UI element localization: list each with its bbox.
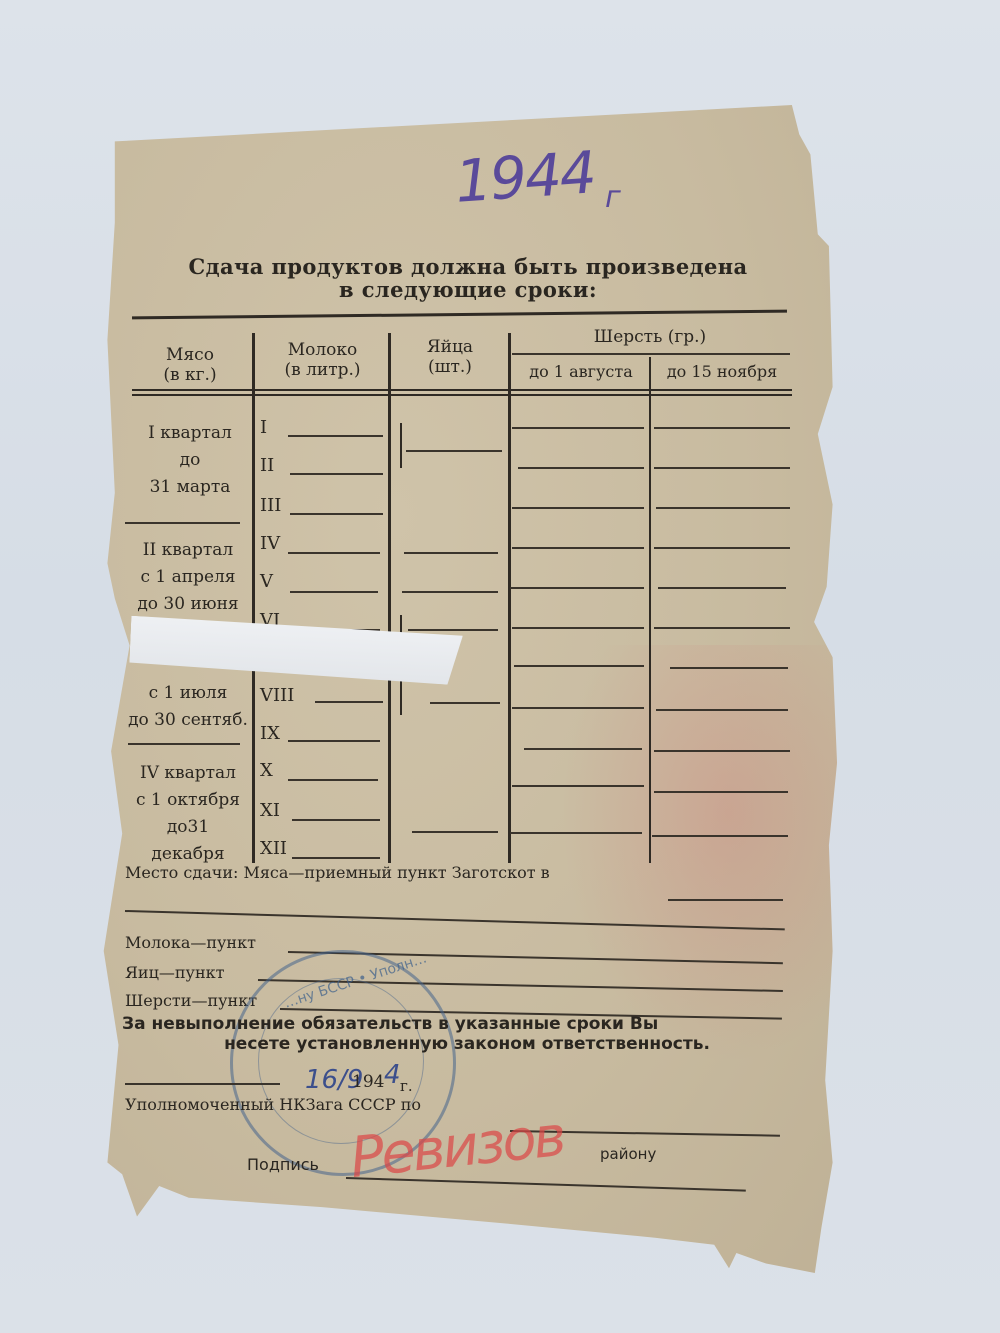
header-bottom-rule xyxy=(132,389,792,391)
wool-nov-blank-6[interactable] xyxy=(654,627,790,629)
wool-header-rule xyxy=(512,353,790,355)
wool-nov-blank-8[interactable] xyxy=(656,709,788,711)
header-bottom-rule-2 xyxy=(132,394,792,396)
header-meat: Мясо (в кг.) xyxy=(130,345,250,385)
month-8: VIII xyxy=(260,685,294,706)
col-divider-4 xyxy=(649,357,651,863)
eggs-blank-q2b[interactable] xyxy=(402,591,498,593)
wool-aug-blank-4[interactable] xyxy=(512,547,644,549)
header-eggs: Яйца (шт.) xyxy=(400,337,500,377)
wool-nov-blank-2[interactable] xyxy=(654,467,790,469)
authority-label: Уполномоченный НКЗага СССР по xyxy=(125,1095,421,1114)
month-3: III xyxy=(260,495,281,516)
month-5: V xyxy=(260,571,273,592)
month-9: IX xyxy=(260,723,280,744)
milk-blank-4[interactable] xyxy=(288,552,380,554)
title-line-1: Сдача продуктов должна быть произведена xyxy=(148,255,788,278)
eggs-blank-q2c[interactable] xyxy=(408,629,498,631)
quarter-4-label: IV квартал с 1 октября до31 декабря xyxy=(128,760,248,868)
delivery-eggs-label: Яиц—пункт xyxy=(125,963,224,982)
col-divider-1 xyxy=(252,333,255,863)
wool-aug-blank-7[interactable] xyxy=(514,665,644,667)
form-title: Сдача продуктов должна быть произведена … xyxy=(148,255,788,301)
delivery-milk-label: Молока—пункт xyxy=(125,933,256,952)
month-4: IV xyxy=(260,533,280,554)
eggs-bracket-1 xyxy=(400,423,402,468)
wool-nov-blank-9[interactable] xyxy=(654,750,790,752)
wool-aug-blank-3[interactable] xyxy=(512,507,644,509)
quarter-2-label: II квартал с 1 апреля до 30 июня xyxy=(128,537,248,618)
month-2: II xyxy=(260,455,274,476)
quarter-divider-1 xyxy=(125,522,240,524)
warning-text: За невыполнение обязательств в указанные… xyxy=(122,1014,782,1054)
milk-blank-1[interactable] xyxy=(288,435,383,437)
handwritten-year: 1944 xyxy=(453,138,597,216)
eggs-blank-q4[interactable] xyxy=(412,831,498,833)
delivery-meat-label: Место сдачи: Мяса—приемный пункт Заготск… xyxy=(125,863,550,882)
table-top-rule xyxy=(132,310,787,320)
quarter-divider-3 xyxy=(128,743,240,745)
milk-blank-12[interactable] xyxy=(292,857,380,859)
delivery-wool-label: Шерсти—пункт xyxy=(125,991,257,1010)
handwritten-year-digit: 4 xyxy=(384,1060,401,1090)
col-divider-3 xyxy=(508,333,511,863)
wool-nov-blank-1[interactable] xyxy=(654,427,790,429)
milk-blank-11[interactable] xyxy=(292,819,380,821)
wool-aug-blank-6[interactable] xyxy=(512,627,644,629)
date-blank[interactable] xyxy=(125,1083,280,1085)
header-wool: Шерсть (гр.) xyxy=(510,327,790,347)
title-line-2: в следующие сроки: xyxy=(148,278,788,301)
handwritten-year-suffix: г xyxy=(605,180,621,215)
month-1: I xyxy=(260,417,267,438)
district-label: району xyxy=(600,1145,656,1163)
printed-year-prefix: 194 xyxy=(352,1072,384,1092)
wool-aug-blank-10[interactable] xyxy=(512,785,644,787)
milk-blank-10[interactable] xyxy=(288,779,378,781)
eggs-blank-q1[interactable] xyxy=(406,450,502,452)
milk-blank-8[interactable] xyxy=(315,701,383,703)
wool-nov-blank-3[interactable] xyxy=(656,507,790,509)
wool-nov-blank-10[interactable] xyxy=(654,791,788,793)
wool-aug-blank-5[interactable] xyxy=(510,587,644,589)
delivery-meat-blank[interactable] xyxy=(668,899,783,901)
wool-nov-blank-4[interactable] xyxy=(654,547,790,549)
month-11: XI xyxy=(260,800,280,821)
wool-aug-blank-9[interactable] xyxy=(524,748,642,750)
quarter-1-label: I квартал до 31 марта xyxy=(130,420,250,501)
milk-blank-2[interactable] xyxy=(290,473,383,475)
col-divider-2 xyxy=(388,333,391,863)
date-suffix: г. xyxy=(400,1077,413,1095)
header-wool-aug: до 1 августа xyxy=(512,362,650,382)
wool-aug-blank-2[interactable] xyxy=(518,467,644,469)
wool-nov-blank-5[interactable] xyxy=(658,587,786,589)
milk-blank-5[interactable] xyxy=(290,591,378,593)
ration-delivery-form: 1944 г Сдача продуктов должна быть произ… xyxy=(100,105,840,1280)
wool-aug-blank-8[interactable] xyxy=(512,707,644,709)
milk-blank-3[interactable] xyxy=(290,513,383,515)
header-milk: Молоко (в литр.) xyxy=(260,340,385,380)
month-12: XII xyxy=(260,838,287,859)
signature-label: Подпись xyxy=(247,1155,319,1174)
eggs-blank-q3[interactable] xyxy=(430,702,500,704)
wool-nov-blank-7[interactable] xyxy=(670,667,788,669)
header-wool-nov: до 15 ноября xyxy=(652,362,792,382)
eggs-blank-q2a[interactable] xyxy=(404,552,498,554)
wool-nov-blank-11[interactable] xyxy=(652,835,788,837)
month-10: X xyxy=(260,760,273,781)
milk-blank-9[interactable] xyxy=(288,740,380,742)
wool-aug-blank-11[interactable] xyxy=(510,832,642,834)
wool-aug-blank-1[interactable] xyxy=(512,427,644,429)
